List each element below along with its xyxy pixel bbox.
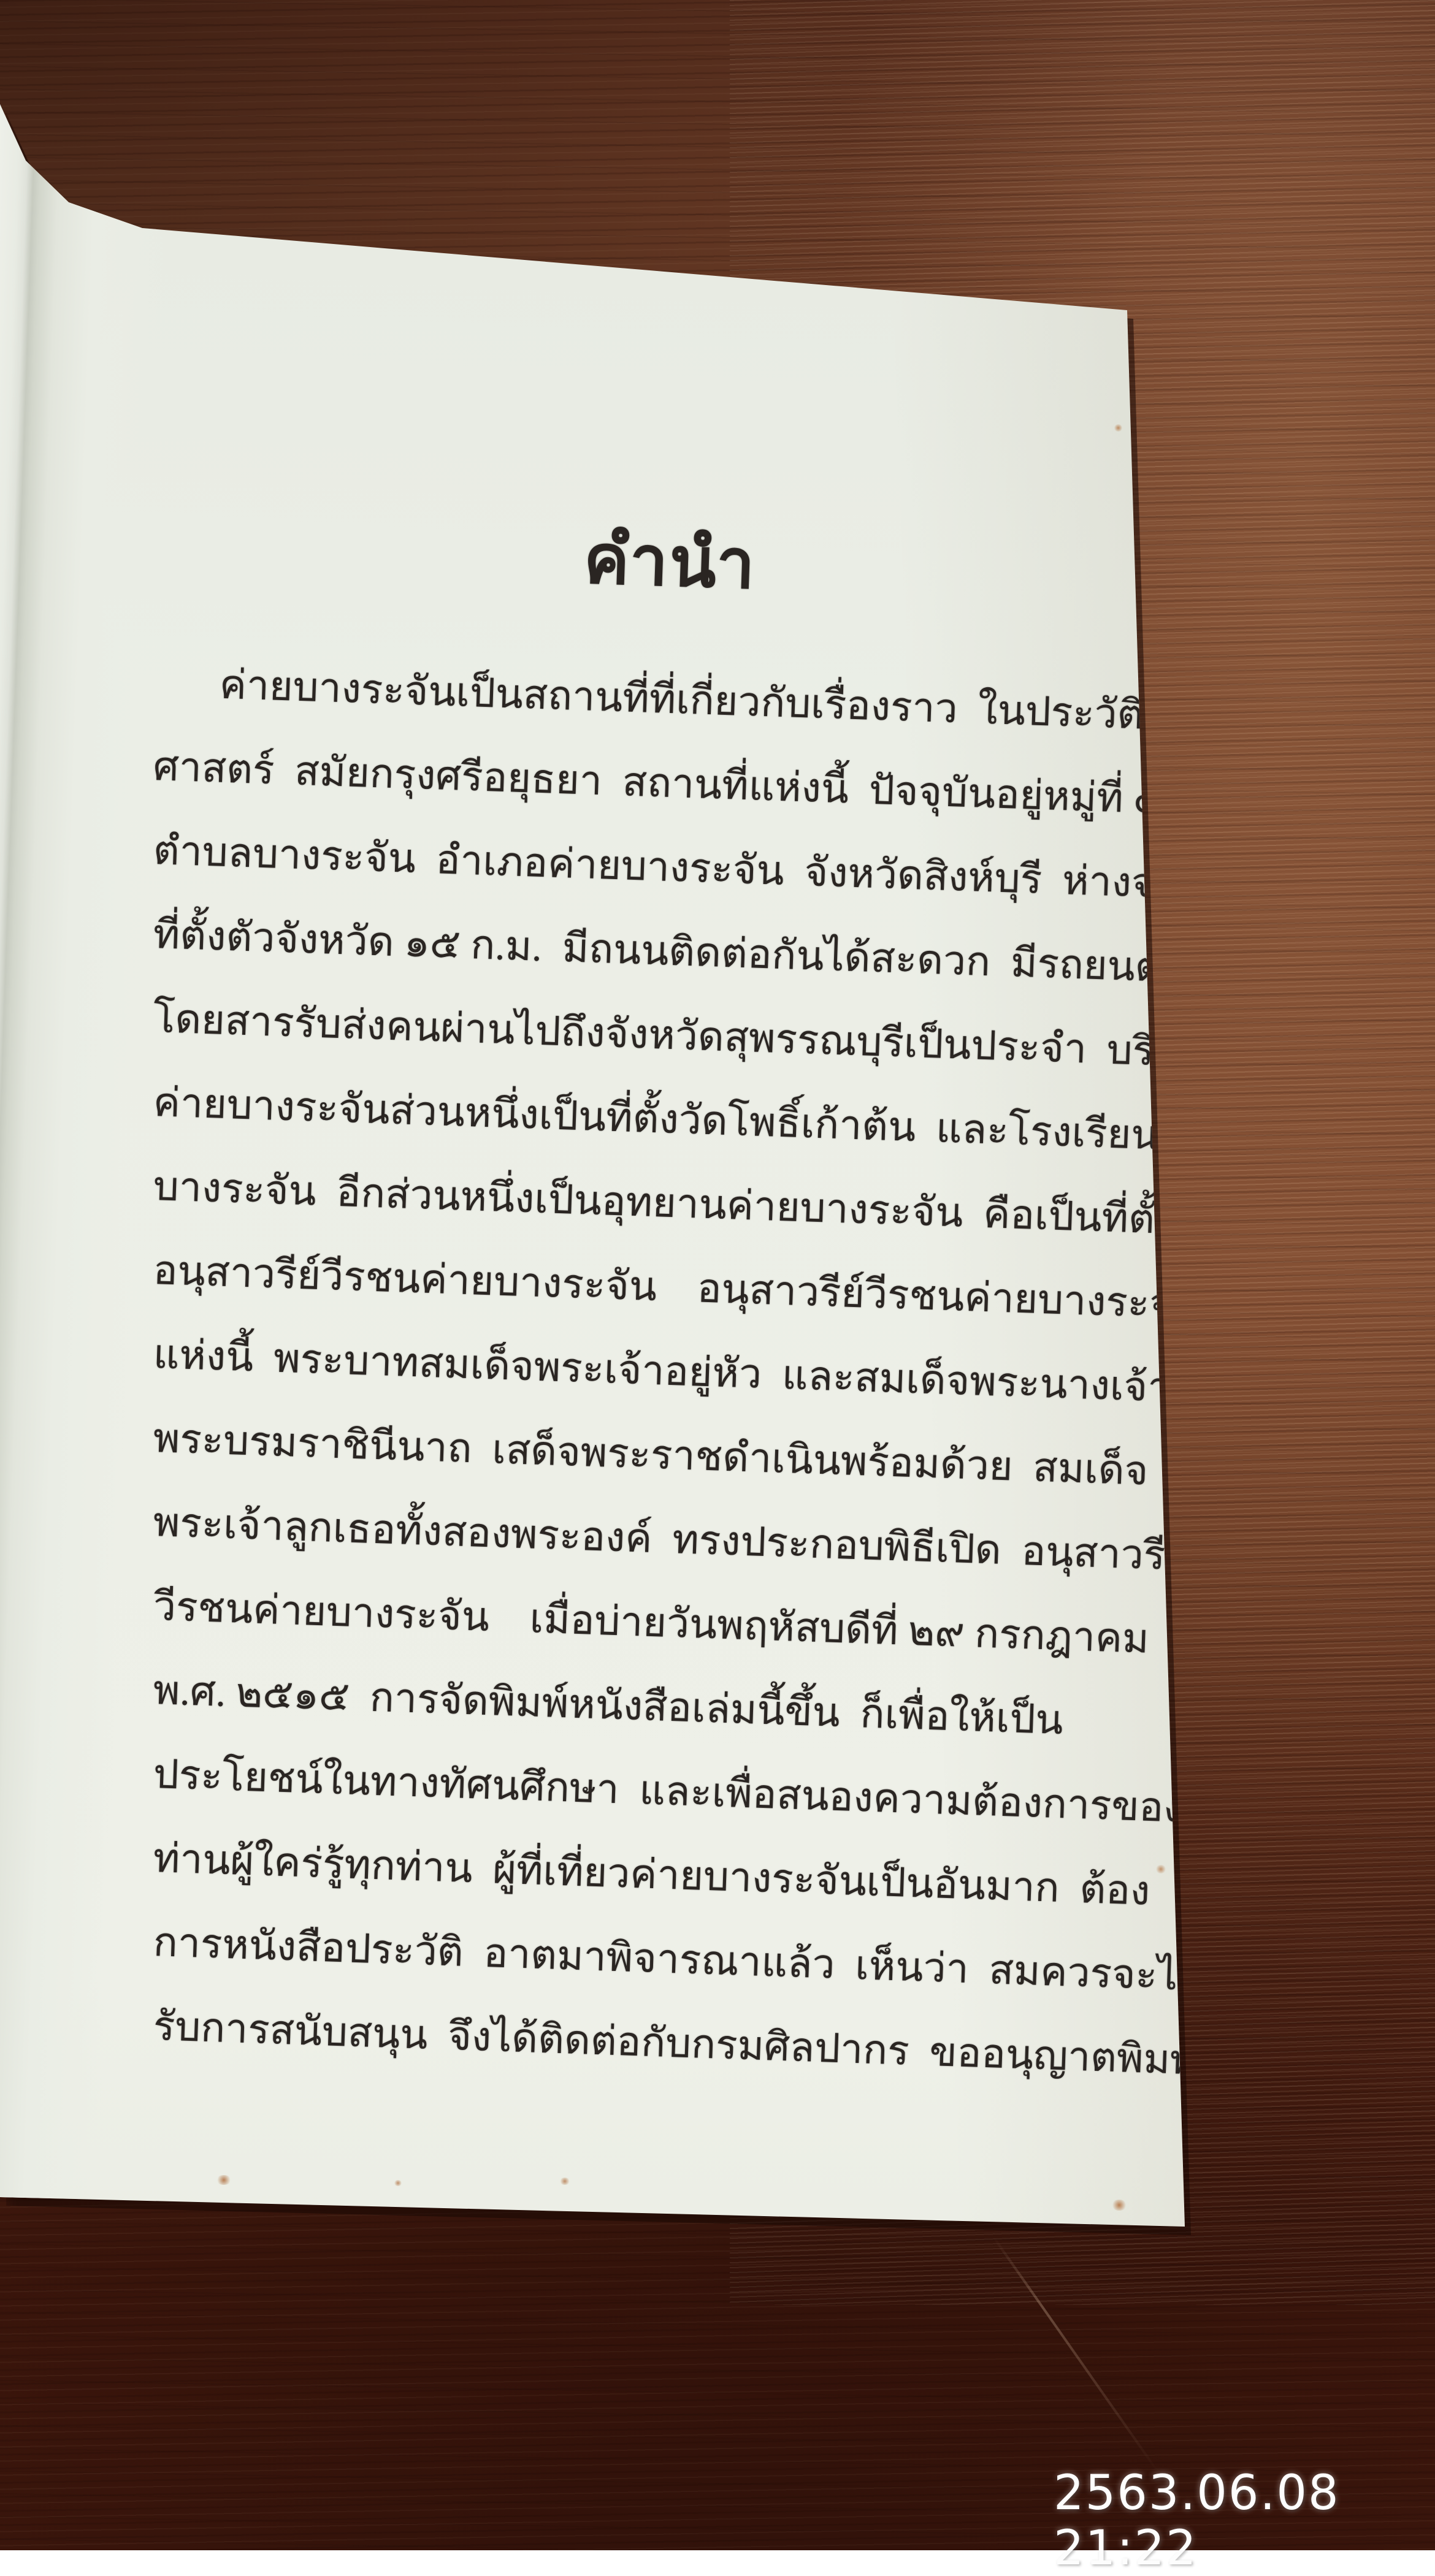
page-title: คำนำ	[247, 509, 1091, 668]
foxing-spot	[559, 2178, 570, 2185]
foxing-spot	[394, 2180, 402, 2186]
foxing-spot	[216, 2175, 232, 2185]
foxing-spot	[1155, 1865, 1166, 1873]
foxing-spot	[1114, 424, 1123, 432]
foxing-spot	[1111, 2200, 1127, 2211]
page-stack-edge	[0, 92, 172, 2201]
photo-of-book-page: คำนำ ค่ายบางระจันเป็นสถานที่ที่เกี่ยวกับ…	[0, 0, 1435, 2550]
camera-timestamp: 2563.06.08 21:22	[1054, 2466, 1435, 2550]
text-block: คำนำ ค่ายบางระจันเป็นสถานที่ที่เกี่ยวกับ…	[153, 509, 993, 2068]
